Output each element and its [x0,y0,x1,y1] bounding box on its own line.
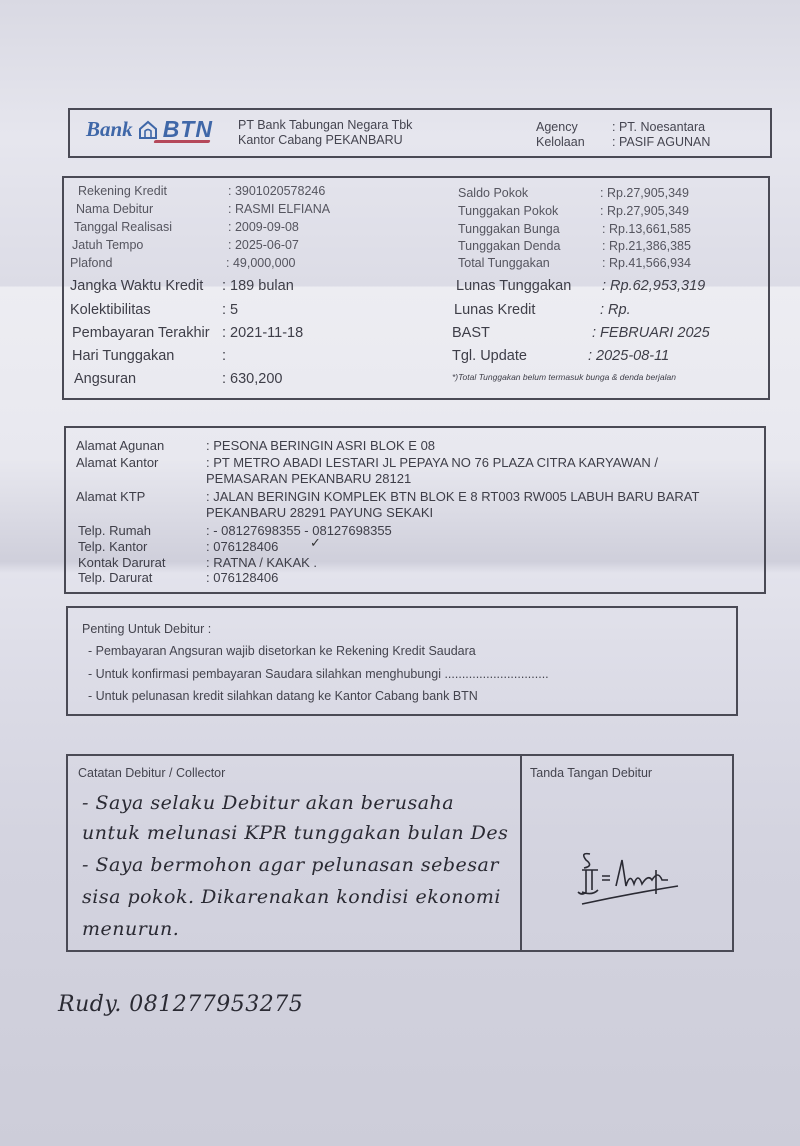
handwritten-line: - Saya selaku Debitur akan berusaha [82,792,454,814]
handwritten-contact: Rudy. 081277953275 [58,992,303,1017]
field-alamat-kantor: Alamat Kantor: PT METRO ABADI LESTARI JL… [76,455,726,487]
field-rekening-kredit: Rekening Kredit: 3901020578246 [78,184,325,198]
important-notice: Penting Untuk Debitur : - Pembayaran Ang… [66,606,738,716]
notice-title: Penting Untuk Debitur : [82,622,211,636]
footnote: *)Total Tunggakan belum termasuk bunga &… [452,372,676,382]
field-tunggakan-denda: Tunggakan Denda: Rp.21,386,385 [458,239,691,253]
handwritten-line: sisa pokok. Dikarenakan kondisi ekonomi [82,886,501,908]
field-jangka-waktu: Jangka Waktu Kredit: 189 bulan [70,278,294,294]
handwritten-line: - Saya bermohon agar pelunasan sebesar [82,854,499,876]
house-icon [138,120,158,140]
org-info: PT Bank Tabungan Negara Tbk Kantor Caban… [238,118,412,148]
field-hari-tunggakan: Hari Tunggakan: [72,348,226,364]
notes-divider [520,756,522,950]
field-plafond: Plafond: 49,000,000 [70,256,296,270]
handwritten-line: menurun. [82,918,179,940]
org-name: PT Bank Tabungan Negara Tbk [238,118,412,133]
notice-item: - Untuk konfirmasi pembayaran Saudara si… [88,667,549,681]
kelolaan-value: : PASIF AGUNAN [612,135,710,150]
field-tanggal-realisasi: Tanggal Realisasi: 2009-09-08 [74,220,299,234]
handwritten-line: untuk melunasi KPR tunggakan bulan Des [82,822,508,844]
field-tunggakan-bunga: Tunggakan Bunga: Rp.13,661,585 [458,222,691,236]
field-telp-darurat: Telp. Darurat: 076128406 [78,570,726,586]
logo-brand: BTN [163,116,213,143]
signature-title: Tanda Tangan Debitur [530,766,652,780]
field-lunas-kredit: Lunas Kredit: Rp. [454,302,631,318]
notice-item: - Untuk pelunasan kredit silahkan datang… [88,689,478,703]
field-kolektibilitas: Kolektibilitas: 5 [70,302,238,318]
field-alamat-agunan: Alamat Agunan: PESONA BERINGIN ASRI BLOK… [76,438,726,454]
account-summary: Rekening Kredit: 3901020578246 Nama Debi… [62,176,770,400]
agency-info: Agency: PT. Noesantara Kelolaan: PASIF A… [536,120,710,150]
check-mark-icon: ✓ [310,535,321,551]
agency-value: : PT. Noesantara [612,120,705,135]
field-lunas-tunggakan: Lunas Tunggakan: Rp.62,953,319 [456,278,705,294]
bank-header: Bank BTN PT Bank Tabungan Negara Tbk Kan… [68,108,772,158]
logo-bank-word: Bank [86,117,133,142]
field-angsuran: Angsuran: 630,200 [74,371,282,387]
signature-image [568,846,708,906]
agency-label: Agency [536,120,612,135]
field-tgl-update: Tgl. Update: 2025-08-11 [452,348,669,364]
debtor-notes: Catatan Debitur / Collector Tanda Tangan… [66,754,734,952]
field-alamat-ktp: Alamat KTP: JALAN BERINGIN KOMPLEK BTN B… [76,489,726,521]
field-saldo-pokok: Saldo Pokok: Rp.27,905,349 [458,186,689,200]
field-tunggakan-pokok: Tunggakan Pokok: Rp.27,905,349 [458,204,689,218]
field-telp-rumah: Telp. Rumah: - 08127698355 - 08127698355 [78,523,726,539]
field-total-tunggakan: Total Tunggakan: Rp.41,566,934 [458,256,691,270]
notes-title: Catatan Debitur / Collector [78,766,225,780]
notice-item: - Pembayaran Angsuran wajib disetorkan k… [88,644,476,658]
address-contact: Alamat Agunan: PESONA BERINGIN ASRI BLOK… [64,426,766,594]
branch-name: Kantor Cabang PEKANBARU [238,133,412,148]
field-nama-debitur: Nama Debitur: RASMI ELFIANA [76,202,330,216]
field-telp-kantor: Telp. Kantor: 076128406 [78,539,726,555]
logo-underline [153,140,210,143]
field-bast: BAST: FEBRUARI 2025 [452,325,710,341]
field-kontak-darurat: Kontak Darurat: RATNA / KAKAK . [78,555,726,571]
field-pembayaran-terakhir: Pembayaran Terakhir: 2021-11-18 [72,325,303,341]
btn-logo: Bank BTN [86,116,213,143]
field-jatuh-tempo: Jatuh Tempo: 2025-06-07 [72,238,299,252]
kelolaan-label: Kelolaan [536,135,612,150]
